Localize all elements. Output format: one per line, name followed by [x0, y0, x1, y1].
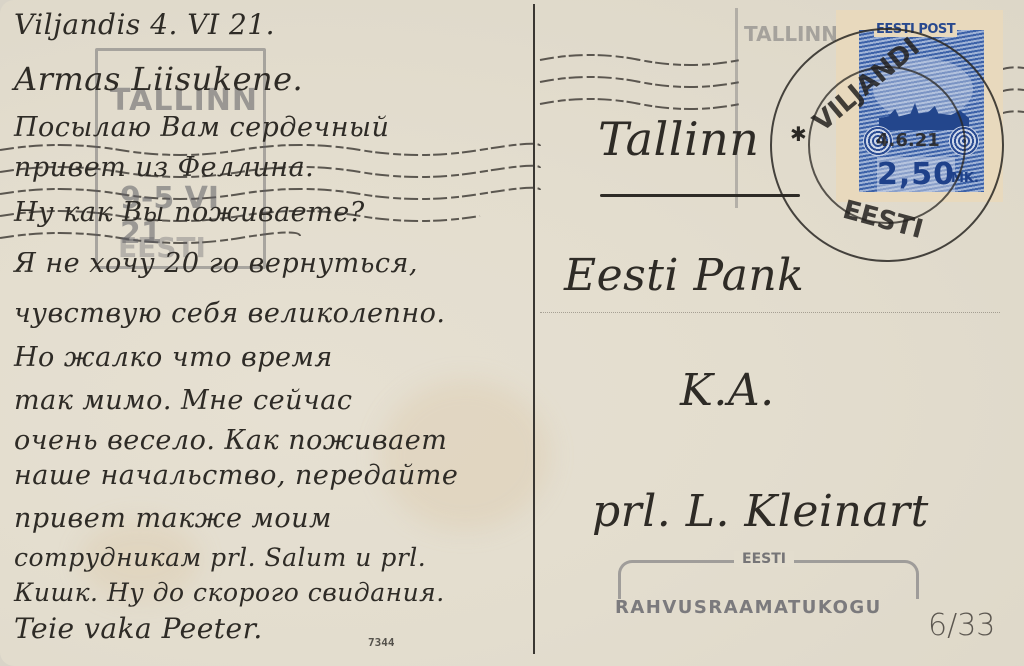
circular-postmark: ✱ VILJANDI EESTI 4.6.21	[770, 28, 1004, 262]
archive-number: 6/33	[928, 608, 995, 643]
address-line-3: prl. L. Kleinart	[592, 486, 929, 537]
address-line	[540, 312, 1000, 314]
postmark-date: 4.6.21	[876, 130, 940, 151]
message-line: очень весело. Как поживает	[14, 425, 447, 456]
address-line-1: Eesti Pank	[564, 250, 804, 301]
message-line: Кишк. Ну до скорого свидания.	[14, 578, 445, 607]
postcard-back: TALLINN 9-5 VI 21 EESTI TALLINN Viljandi…	[0, 0, 1024, 666]
message-line: Но жалко что время	[14, 342, 333, 373]
message-line: чувствую себя великолепно.	[14, 298, 446, 329]
star-icon: ✱	[790, 122, 807, 146]
address-line-2: K.A.	[680, 365, 775, 416]
message-line: так мимо. Мне сейчас	[14, 385, 352, 416]
address-city: Tallinn	[598, 112, 759, 166]
message-line: Я не хочу 20 го вернуться,	[14, 248, 418, 279]
center-divider	[533, 4, 535, 654]
message-line: Teie vaka Peeter.	[14, 612, 263, 645]
library-stamp-bottom: RAHVUSRAAMATUKOGU	[615, 597, 882, 618]
message-line: сотрудникам prl. Salum и prl.	[14, 543, 426, 572]
message-line: Ну как Вы поживаете?	[14, 197, 365, 228]
postmark-city: TALLINN	[744, 22, 838, 46]
message-line: Viljandis 4. VI 21.	[14, 8, 275, 41]
message-line: Armas Liisukene.	[14, 60, 303, 98]
library-stamp: EESTI RAHVUSRAAMATUKOGU	[618, 560, 919, 599]
city-underline	[600, 194, 800, 197]
print-number: 7344	[368, 636, 395, 649]
message-line: привет из Феллина.	[14, 152, 314, 183]
message-line: наше начальство, передайте	[14, 460, 458, 491]
message-line: Посылаю Вам сердечный	[14, 112, 389, 143]
message-line: привет также моим	[14, 503, 332, 534]
library-stamp-top: EESTI	[734, 551, 794, 567]
